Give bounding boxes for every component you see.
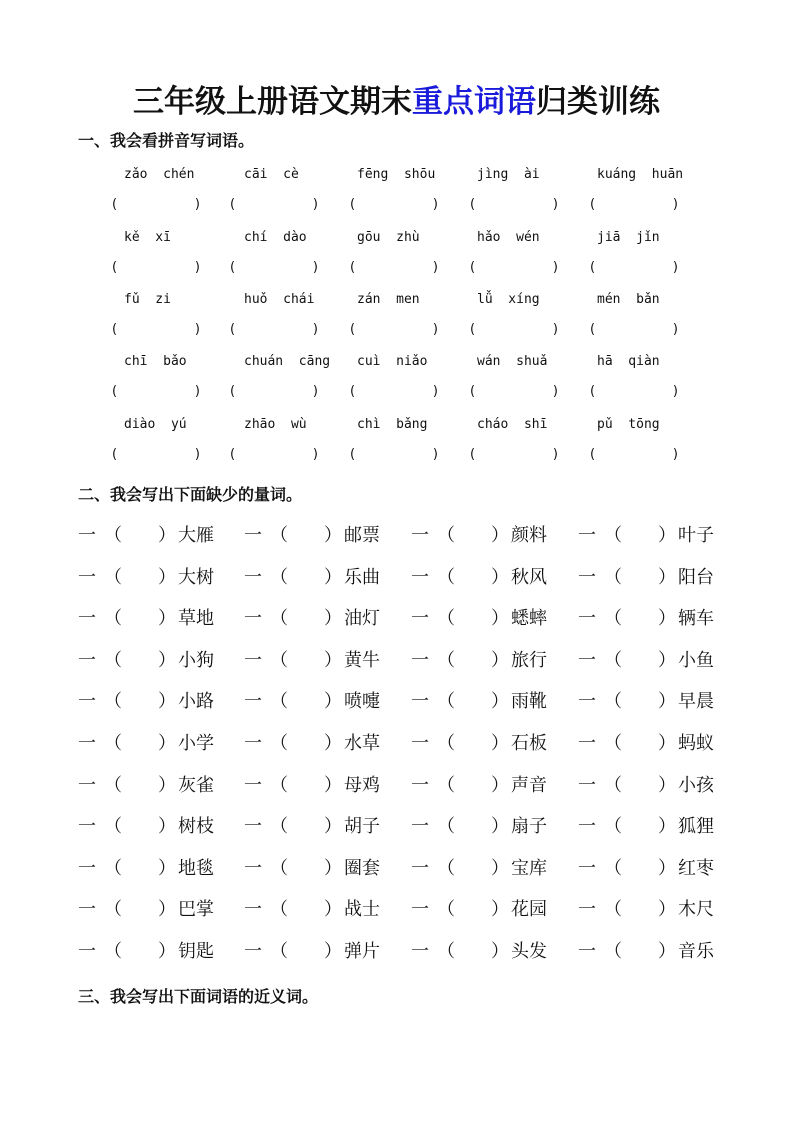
answer-blank-close[interactable]: ） bbox=[491, 729, 509, 755]
close-paren: ) bbox=[433, 260, 438, 275]
answer-blank-open[interactable]: （ bbox=[604, 854, 622, 880]
close-paren: ) bbox=[673, 322, 678, 337]
answer-blank-close[interactable]: ） bbox=[491, 937, 509, 963]
pinyin-text: zhāo wù bbox=[244, 417, 307, 432]
answer-blank-open[interactable]: （ bbox=[604, 646, 622, 672]
noun-word: 胡子 bbox=[344, 812, 380, 838]
noun-word: 战士 bbox=[344, 895, 380, 921]
answer-blank-open[interactable]: （ bbox=[604, 521, 622, 547]
pinyin-text: chí dào bbox=[244, 230, 307, 245]
numeral-one: 一 bbox=[578, 812, 596, 838]
close-paren: ) bbox=[673, 260, 678, 275]
noun-word: 喷嚏 bbox=[344, 687, 380, 713]
open-paren: ( bbox=[350, 384, 355, 399]
answer-blank-close[interactable]: ） bbox=[491, 521, 509, 547]
answer-blank-close[interactable]: ） bbox=[324, 521, 342, 547]
close-paren: ) bbox=[195, 322, 200, 337]
noun-word: 油灯 bbox=[344, 604, 380, 630]
answer-blank-open[interactable]: （ bbox=[104, 771, 122, 797]
numeral-one: 一 bbox=[78, 687, 96, 713]
answer-row: ()()()()() bbox=[0, 260, 793, 280]
pinyin-text: lǚ xíng bbox=[477, 292, 540, 307]
answer-blank-open[interactable]: （ bbox=[437, 604, 455, 630]
pinyin-text: kuáng huān bbox=[597, 167, 683, 182]
answer-blank-open[interactable]: （ bbox=[270, 687, 288, 713]
answer-blank-close[interactable]: ） bbox=[158, 729, 176, 755]
answer-blank-close[interactable]: ） bbox=[324, 729, 342, 755]
pinyin-text: chī bǎo bbox=[124, 354, 187, 369]
answer-blank-open[interactable]: （ bbox=[104, 812, 122, 838]
noun-word: 树枝 bbox=[178, 812, 214, 838]
noun-word: 大雁 bbox=[178, 521, 214, 547]
numeral-one: 一 bbox=[578, 563, 596, 589]
open-paren: ( bbox=[470, 322, 475, 337]
open-paren: ( bbox=[350, 322, 355, 337]
answer-blank-close[interactable]: ） bbox=[491, 604, 509, 630]
answer-blank-close[interactable]: ） bbox=[158, 812, 176, 838]
close-paren: ) bbox=[313, 447, 318, 462]
noun-word: 小孩 bbox=[678, 771, 714, 797]
numeral-one: 一 bbox=[244, 771, 262, 797]
noun-word: 狐狸 bbox=[678, 812, 714, 838]
answer-blank-close[interactable]: ） bbox=[491, 895, 509, 921]
close-paren: ) bbox=[313, 260, 318, 275]
answer-blank-close[interactable]: ） bbox=[158, 646, 176, 672]
measure-word-row: 一（）小路一（）喷嚏一（）雨靴一（）早晨 bbox=[0, 687, 793, 713]
noun-word: 草地 bbox=[178, 604, 214, 630]
numeral-one: 一 bbox=[78, 895, 96, 921]
answer-blank-open[interactable]: （ bbox=[104, 937, 122, 963]
answer-blank-close[interactable]: ） bbox=[658, 895, 676, 921]
noun-word: 阳台 bbox=[678, 563, 714, 589]
answer-blank-close[interactable]: ） bbox=[158, 521, 176, 547]
numeral-one: 一 bbox=[578, 937, 596, 963]
answer-blank-open[interactable]: （ bbox=[604, 771, 622, 797]
answer-blank-close[interactable]: ） bbox=[324, 771, 342, 797]
close-paren: ) bbox=[433, 384, 438, 399]
pinyin-text: pǔ tōng bbox=[597, 417, 660, 432]
measure-word-row: 一（）树枝一（）胡子一（）扇子一（）狐狸 bbox=[0, 812, 793, 838]
pinyin-row: kě xīchí dàogōu zhùhǎo wénjiā jǐn bbox=[0, 230, 793, 250]
close-paren: ) bbox=[673, 197, 678, 212]
numeral-one: 一 bbox=[411, 854, 429, 880]
open-paren: ( bbox=[590, 260, 595, 275]
answer-blank-close[interactable]: ） bbox=[324, 604, 342, 630]
noun-word: 颜料 bbox=[511, 521, 547, 547]
noun-word: 扇子 bbox=[511, 812, 547, 838]
answer-blank-open[interactable]: （ bbox=[437, 646, 455, 672]
numeral-one: 一 bbox=[578, 521, 596, 547]
numeral-one: 一 bbox=[78, 729, 96, 755]
noun-word: 邮票 bbox=[344, 521, 380, 547]
answer-blank-close[interactable]: ） bbox=[658, 563, 676, 589]
open-paren: ( bbox=[590, 197, 595, 212]
answer-blank-close[interactable]: ） bbox=[491, 854, 509, 880]
open-paren: ( bbox=[112, 384, 117, 399]
answer-blank-open[interactable]: （ bbox=[270, 771, 288, 797]
answer-blank-close[interactable]: ） bbox=[491, 771, 509, 797]
pinyin-row: diào yúzhāo wùchì bǎngcháo shīpǔ tōng bbox=[0, 417, 793, 437]
pinyin-text: mén bǎn bbox=[597, 292, 660, 307]
close-paren: ) bbox=[433, 447, 438, 462]
answer-blank-open[interactable]: （ bbox=[270, 646, 288, 672]
open-paren: ( bbox=[230, 260, 235, 275]
open-paren: ( bbox=[350, 447, 355, 462]
open-paren: ( bbox=[470, 447, 475, 462]
answer-blank-open[interactable]: （ bbox=[604, 687, 622, 713]
noun-word: 钥匙 bbox=[178, 937, 214, 963]
answer-blank-close[interactable]: ） bbox=[324, 646, 342, 672]
noun-word: 声音 bbox=[511, 771, 547, 797]
answer-blank-close[interactable]: ） bbox=[491, 687, 509, 713]
answer-blank-close[interactable]: ） bbox=[158, 937, 176, 963]
title-part1: 三年级上册语文期末 bbox=[133, 84, 412, 120]
measure-word-row: 一（）大树一（）乐曲一（）秋风一（）阳台 bbox=[0, 563, 793, 589]
close-paren: ) bbox=[195, 197, 200, 212]
answer-blank-close[interactable]: ） bbox=[324, 895, 342, 921]
answer-blank-open[interactable]: （ bbox=[270, 895, 288, 921]
answer-blank-open[interactable]: （ bbox=[104, 729, 122, 755]
noun-word: 早晨 bbox=[678, 687, 714, 713]
noun-word: 音乐 bbox=[678, 937, 714, 963]
open-paren: ( bbox=[112, 322, 117, 337]
close-paren: ) bbox=[313, 322, 318, 337]
answer-row: ()()()()() bbox=[0, 384, 793, 404]
numeral-one: 一 bbox=[244, 687, 262, 713]
close-paren: ) bbox=[195, 384, 200, 399]
answer-blank-open[interactable]: （ bbox=[270, 604, 288, 630]
answer-blank-close[interactable]: ） bbox=[658, 854, 676, 880]
answer-blank-open[interactable]: （ bbox=[437, 521, 455, 547]
noun-word: 圈套 bbox=[344, 854, 380, 880]
open-paren: ( bbox=[470, 260, 475, 275]
answer-blank-open[interactable]: （ bbox=[437, 895, 455, 921]
noun-word: 小路 bbox=[178, 687, 214, 713]
answer-blank-open[interactable]: （ bbox=[270, 521, 288, 547]
answer-blank-close[interactable]: ） bbox=[658, 646, 676, 672]
numeral-one: 一 bbox=[578, 895, 596, 921]
answer-blank-open[interactable]: （ bbox=[270, 812, 288, 838]
page-title: 三年级上册语文期末重点词语归类训练 bbox=[0, 76, 793, 121]
close-paren: ) bbox=[433, 197, 438, 212]
pinyin-text: hā qiàn bbox=[597, 354, 660, 369]
numeral-one: 一 bbox=[78, 771, 96, 797]
numeral-one: 一 bbox=[244, 937, 262, 963]
open-paren: ( bbox=[350, 197, 355, 212]
numeral-one: 一 bbox=[78, 604, 96, 630]
noun-word: 灰雀 bbox=[178, 771, 214, 797]
answer-blank-close[interactable]: ） bbox=[324, 563, 342, 589]
pinyin-row: fǔ zihuǒ cháizán menlǚ xíngmén bǎn bbox=[0, 292, 793, 312]
answer-blank-open[interactable]: （ bbox=[437, 729, 455, 755]
measure-word-row: 一（）小狗一（）黄牛一（）旅行一（）小鱼 bbox=[0, 646, 793, 672]
answer-blank-open[interactable]: （ bbox=[604, 729, 622, 755]
answer-blank-close[interactable]: ） bbox=[158, 854, 176, 880]
pinyin-text: zán men bbox=[357, 292, 420, 307]
numeral-one: 一 bbox=[78, 646, 96, 672]
answer-blank-close[interactable]: ） bbox=[158, 771, 176, 797]
answer-blank-open[interactable]: （ bbox=[604, 895, 622, 921]
close-paren: ) bbox=[313, 197, 318, 212]
open-paren: ( bbox=[590, 384, 595, 399]
section1-heading: 一、我会看拼音写词语。 bbox=[78, 128, 254, 151]
numeral-one: 一 bbox=[411, 604, 429, 630]
answer-blank-open[interactable]: （ bbox=[604, 937, 622, 963]
noun-word: 地毯 bbox=[178, 854, 214, 880]
answer-blank-open[interactable]: （ bbox=[270, 854, 288, 880]
pinyin-row: zǎo chéncāi cèfēng shōujìng àikuáng huān bbox=[0, 167, 793, 187]
noun-word: 宝库 bbox=[511, 854, 547, 880]
measure-word-row: 一（）草地一（）油灯一（）蟋蟀一（）辆车 bbox=[0, 604, 793, 630]
title-part2: 归类训练 bbox=[536, 84, 660, 120]
noun-word: 小学 bbox=[178, 729, 214, 755]
pinyin-text: diào yú bbox=[124, 417, 187, 432]
numeral-one: 一 bbox=[578, 729, 596, 755]
close-paren: ) bbox=[195, 447, 200, 462]
numeral-one: 一 bbox=[244, 895, 262, 921]
numeral-one: 一 bbox=[244, 729, 262, 755]
open-paren: ( bbox=[230, 322, 235, 337]
answer-blank-close[interactable]: ） bbox=[324, 937, 342, 963]
numeral-one: 一 bbox=[78, 563, 96, 589]
numeral-one: 一 bbox=[411, 521, 429, 547]
noun-word: 母鸡 bbox=[344, 771, 380, 797]
numeral-one: 一 bbox=[244, 812, 262, 838]
answer-blank-close[interactable]: ） bbox=[491, 563, 509, 589]
open-paren: ( bbox=[230, 384, 235, 399]
open-paren: ( bbox=[470, 384, 475, 399]
noun-word: 旅行 bbox=[511, 646, 547, 672]
numeral-one: 一 bbox=[411, 937, 429, 963]
noun-word: 花园 bbox=[511, 895, 547, 921]
noun-word: 乐曲 bbox=[344, 563, 380, 589]
answer-blank-close[interactable]: ） bbox=[658, 604, 676, 630]
answer-blank-open[interactable]: （ bbox=[270, 937, 288, 963]
close-paren: ) bbox=[313, 384, 318, 399]
close-paren: ) bbox=[433, 322, 438, 337]
answer-blank-open[interactable]: （ bbox=[437, 812, 455, 838]
close-paren: ) bbox=[673, 447, 678, 462]
pinyin-text: jiā jǐn bbox=[597, 230, 660, 245]
open-paren: ( bbox=[590, 447, 595, 462]
answer-blank-close[interactable]: ） bbox=[491, 646, 509, 672]
close-paren: ) bbox=[553, 322, 558, 337]
noun-word: 蚂蚁 bbox=[678, 729, 714, 755]
pinyin-text: cuì niǎo bbox=[357, 354, 427, 369]
pinyin-text: hǎo wén bbox=[477, 230, 540, 245]
measure-word-row: 一（）巴掌一（）战士一（）花园一（）木尺 bbox=[0, 895, 793, 921]
noun-word: 弹片 bbox=[344, 937, 380, 963]
answer-blank-open[interactable]: （ bbox=[437, 854, 455, 880]
answer-blank-open[interactable]: （ bbox=[437, 937, 455, 963]
pinyin-text: kě xī bbox=[124, 230, 171, 245]
answer-blank-open[interactable]: （ bbox=[437, 563, 455, 589]
noun-word: 辆车 bbox=[678, 604, 714, 630]
pinyin-text: fǔ zi bbox=[124, 292, 171, 307]
answer-blank-open[interactable]: （ bbox=[104, 604, 122, 630]
numeral-one: 一 bbox=[411, 812, 429, 838]
noun-word: 石板 bbox=[511, 729, 547, 755]
answer-blank-open[interactable]: （ bbox=[604, 812, 622, 838]
answer-blank-open[interactable]: （ bbox=[437, 771, 455, 797]
numeral-one: 一 bbox=[578, 854, 596, 880]
open-paren: ( bbox=[470, 197, 475, 212]
numeral-one: 一 bbox=[244, 521, 262, 547]
close-paren: ) bbox=[553, 384, 558, 399]
close-paren: ) bbox=[553, 260, 558, 275]
numeral-one: 一 bbox=[411, 687, 429, 713]
numeral-one: 一 bbox=[78, 521, 96, 547]
measure-word-row: 一（）灰雀一（）母鸡一（）声音一（）小孩 bbox=[0, 771, 793, 797]
numeral-one: 一 bbox=[578, 646, 596, 672]
answer-blank-close[interactable]: ） bbox=[658, 687, 676, 713]
answer-blank-open[interactable]: （ bbox=[270, 563, 288, 589]
open-paren: ( bbox=[590, 322, 595, 337]
measure-word-row: 一（）大雁一（）邮票一（）颜料一（）叶子 bbox=[0, 521, 793, 547]
answer-blank-close[interactable]: ） bbox=[658, 729, 676, 755]
noun-word: 小狗 bbox=[178, 646, 214, 672]
open-paren: ( bbox=[112, 260, 117, 275]
noun-word: 巴掌 bbox=[178, 895, 214, 921]
noun-word: 秋风 bbox=[511, 563, 547, 589]
answer-blank-close[interactable]: ） bbox=[658, 771, 676, 797]
open-paren: ( bbox=[230, 447, 235, 462]
answer-blank-open[interactable]: （ bbox=[104, 521, 122, 547]
answer-blank-open[interactable]: （ bbox=[104, 854, 122, 880]
pinyin-text: fēng shōu bbox=[357, 167, 435, 182]
noun-word: 黄牛 bbox=[344, 646, 380, 672]
answer-blank-close[interactable]: ） bbox=[158, 604, 176, 630]
numeral-one: 一 bbox=[244, 604, 262, 630]
answer-blank-close[interactable]: ） bbox=[158, 563, 176, 589]
pinyin-text: cháo shī bbox=[477, 417, 547, 432]
answer-blank-close[interactable]: ） bbox=[491, 812, 509, 838]
pinyin-text: wán shuǎ bbox=[477, 354, 547, 369]
numeral-one: 一 bbox=[78, 854, 96, 880]
numeral-one: 一 bbox=[244, 646, 262, 672]
pinyin-text: zǎo chén bbox=[124, 167, 194, 182]
numeral-one: 一 bbox=[78, 937, 96, 963]
answer-blank-open[interactable]: （ bbox=[437, 687, 455, 713]
pinyin-text: chì bǎng bbox=[357, 417, 427, 432]
noun-word: 蟋蟀 bbox=[511, 604, 547, 630]
noun-word: 木尺 bbox=[678, 895, 714, 921]
answer-row: ()()()()() bbox=[0, 197, 793, 217]
answer-row: ()()()()() bbox=[0, 447, 793, 467]
section3-heading: 三、我会写出下面词语的近义词。 bbox=[78, 984, 318, 1007]
pinyin-row: chī bǎochuán cāngcuì niǎowán shuǎhā qiàn bbox=[0, 354, 793, 374]
measure-word-row: 一（）地毯一（）圈套一（）宝库一（）红枣 bbox=[0, 854, 793, 880]
answer-blank-close[interactable]: ） bbox=[658, 521, 676, 547]
close-paren: ) bbox=[673, 384, 678, 399]
numeral-one: 一 bbox=[78, 812, 96, 838]
answer-blank-close[interactable]: ） bbox=[324, 687, 342, 713]
pinyin-text: huǒ chái bbox=[244, 292, 314, 307]
noun-word: 小鱼 bbox=[678, 646, 714, 672]
answer-blank-close[interactable]: ） bbox=[658, 812, 676, 838]
open-paren: ( bbox=[112, 447, 117, 462]
numeral-one: 一 bbox=[411, 729, 429, 755]
measure-word-row: 一（）小学一（）水草一（）石板一（）蚂蚁 bbox=[0, 729, 793, 755]
noun-word: 大树 bbox=[178, 563, 214, 589]
answer-blank-close[interactable]: ） bbox=[324, 854, 342, 880]
open-paren: ( bbox=[112, 197, 117, 212]
noun-word: 叶子 bbox=[678, 521, 714, 547]
answer-blank-open[interactable]: （ bbox=[604, 563, 622, 589]
noun-word: 雨靴 bbox=[511, 687, 547, 713]
numeral-one: 一 bbox=[411, 563, 429, 589]
pinyin-text: chuán cāng bbox=[244, 354, 330, 369]
numeral-one: 一 bbox=[411, 646, 429, 672]
answer-blank-open[interactable]: （ bbox=[604, 604, 622, 630]
answer-blank-open[interactable]: （ bbox=[104, 563, 122, 589]
numeral-one: 一 bbox=[578, 771, 596, 797]
numeral-one: 一 bbox=[411, 895, 429, 921]
open-paren: ( bbox=[230, 197, 235, 212]
answer-blank-open[interactable]: （ bbox=[104, 687, 122, 713]
numeral-one: 一 bbox=[578, 604, 596, 630]
close-paren: ) bbox=[553, 447, 558, 462]
answer-blank-open[interactable]: （ bbox=[104, 646, 122, 672]
pinyin-text: gōu zhù bbox=[357, 230, 420, 245]
noun-word: 头发 bbox=[511, 937, 547, 963]
title-highlight: 重点词语 bbox=[412, 84, 536, 120]
numeral-one: 一 bbox=[244, 563, 262, 589]
numeral-one: 一 bbox=[578, 687, 596, 713]
pinyin-text: jìng ài bbox=[477, 167, 540, 182]
answer-blank-close[interactable]: ） bbox=[324, 812, 342, 838]
numeral-one: 一 bbox=[244, 854, 262, 880]
close-paren: ) bbox=[195, 260, 200, 275]
close-paren: ) bbox=[553, 197, 558, 212]
pinyin-text: cāi cè bbox=[244, 167, 299, 182]
noun-word: 红枣 bbox=[678, 854, 714, 880]
answer-blank-close[interactable]: ） bbox=[158, 895, 176, 921]
answer-blank-open[interactable]: （ bbox=[104, 895, 122, 921]
open-paren: ( bbox=[350, 260, 355, 275]
measure-word-row: 一（）钥匙一（）弹片一（）头发一（）音乐 bbox=[0, 937, 793, 963]
section2-heading: 二、我会写出下面缺少的量词。 bbox=[78, 482, 302, 505]
answer-blank-open[interactable]: （ bbox=[270, 729, 288, 755]
answer-blank-close[interactable]: ） bbox=[158, 687, 176, 713]
noun-word: 水草 bbox=[344, 729, 380, 755]
answer-blank-close[interactable]: ） bbox=[658, 937, 676, 963]
numeral-one: 一 bbox=[411, 771, 429, 797]
answer-row: ()()()()() bbox=[0, 322, 793, 342]
